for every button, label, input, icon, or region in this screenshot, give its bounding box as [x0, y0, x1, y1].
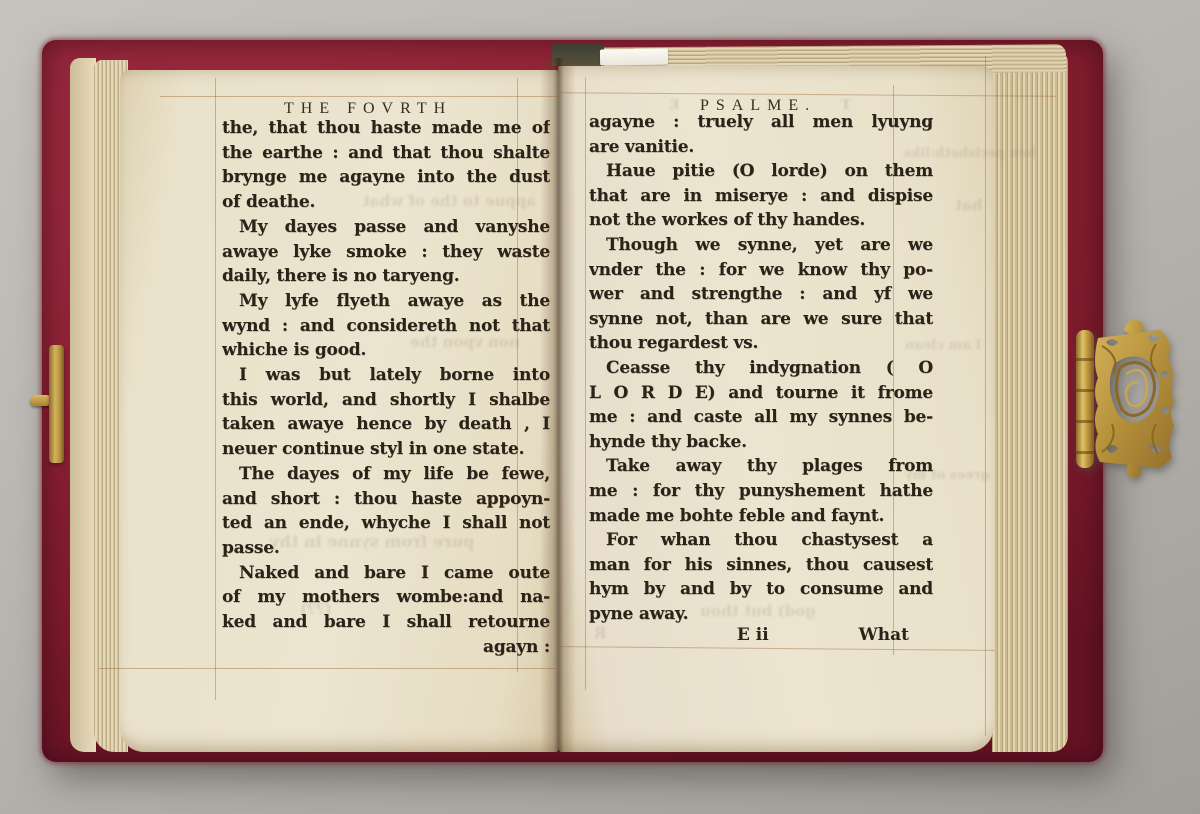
show-through-text: E	[664, 97, 679, 114]
text-line: My dayes passe and vanyshe	[222, 215, 550, 240]
text-line: wer and strengthe : and yf we	[589, 282, 933, 307]
text-line: awaye lyke smoke : they waste	[222, 240, 550, 265]
show-through-text: grees of my	[905, 468, 989, 483]
text-line: ked and bare I shall retourne	[222, 610, 550, 635]
show-through-text: appue to the of what	[396, 192, 536, 210]
text-line: L O R D E) and tourne it frome	[589, 381, 933, 406]
text-line: Though we synne, yet are we	[589, 233, 933, 258]
text-line: My lyfe flyeth awaye as the	[222, 289, 550, 314]
show-through-text: pure from synne in thy	[270, 532, 474, 551]
text-line: agayne : truely all men lyuyng	[589, 110, 933, 135]
text-line: Take away thy plages from	[589, 454, 933, 479]
text-line: neuer continue styl in one state.	[222, 437, 550, 462]
photo-scene: THE FOVRTH PSALME. the, that thou haste …	[0, 0, 1200, 814]
show-through-text: R	[594, 624, 606, 642]
text-line: me : and caste all my synnes be-	[589, 405, 933, 430]
ruling-line	[98, 668, 556, 669]
text-line: Ceasse thy indygnation ( O	[589, 356, 933, 381]
show-through-text: I am clean	[905, 338, 981, 353]
ornate-brass-clasp	[1076, 316, 1182, 482]
text-line: man for his sinnes, thou causest	[589, 553, 933, 578]
text-line: Haue pitie (O lorde) on them	[589, 159, 933, 184]
show-through-text: god) but thou	[700, 602, 816, 620]
text-line: of my mothers wombe:and na-	[222, 585, 550, 610]
text-line: the, that thou haste made me of	[222, 116, 550, 141]
text-line: not the workes of thy handes.	[589, 208, 933, 233]
show-through-text: (??)	[300, 600, 332, 618]
signature-mark: E ii	[737, 625, 769, 645]
text-line: made me bohte feble and faynt.	[589, 504, 933, 529]
show-through-text: hat	[955, 196, 983, 214]
brass-catch-pin	[30, 345, 64, 463]
text-line: The dayes of my life be fewe,	[222, 462, 550, 487]
text-line: brynge me agayne into the dust	[222, 165, 550, 190]
text-line: I was but lately borne into	[222, 363, 550, 388]
text-line: daily, there is no taryeng.	[222, 264, 550, 289]
text-line: the earthe : and that thou shalte	[222, 141, 550, 166]
text-line: this world, and shortly I shalbe	[222, 388, 550, 413]
ruling-line	[585, 78, 586, 690]
catchword: What	[859, 625, 909, 645]
text-line: hym by and by to consume and	[589, 577, 933, 602]
ruling-line	[160, 96, 558, 97]
text-line: hynde thy backe.	[589, 430, 933, 455]
text-line: thou regardest vs.	[589, 331, 933, 356]
white-paper-tab	[600, 48, 668, 65]
text-line: synne not, than are we sure that	[589, 307, 933, 332]
text-line: taken awaye hence by death , I	[222, 412, 550, 437]
show-through-text: hen perisheth:like	[903, 146, 1036, 161]
text-line: me : for thy punyshement hathe	[589, 479, 933, 504]
text-line: that are in miserye : and dispise	[589, 184, 933, 209]
text-line: vnder the : for we know thy po-	[589, 258, 933, 283]
text-line: For whan thou chastysest a	[589, 528, 933, 553]
text-line: agayn :	[222, 635, 550, 660]
cover-inner-lip	[70, 58, 96, 752]
footer-line: E ii What	[589, 625, 933, 651]
catch-bar-icon	[49, 345, 64, 463]
text-line: are vanitie.	[589, 135, 933, 160]
clasp-openwork-plate-icon	[1090, 316, 1182, 482]
show-through-text: non vpon the	[410, 333, 520, 351]
show-through-text: T	[836, 97, 851, 114]
text-line: Naked and bare I came oute	[222, 561, 550, 586]
ruling-line	[215, 78, 216, 700]
right-page-text: agayne : truely all men lyuyngare vaniti…	[589, 110, 933, 626]
text-line: and short : thou haste appoyn-	[222, 487, 550, 512]
